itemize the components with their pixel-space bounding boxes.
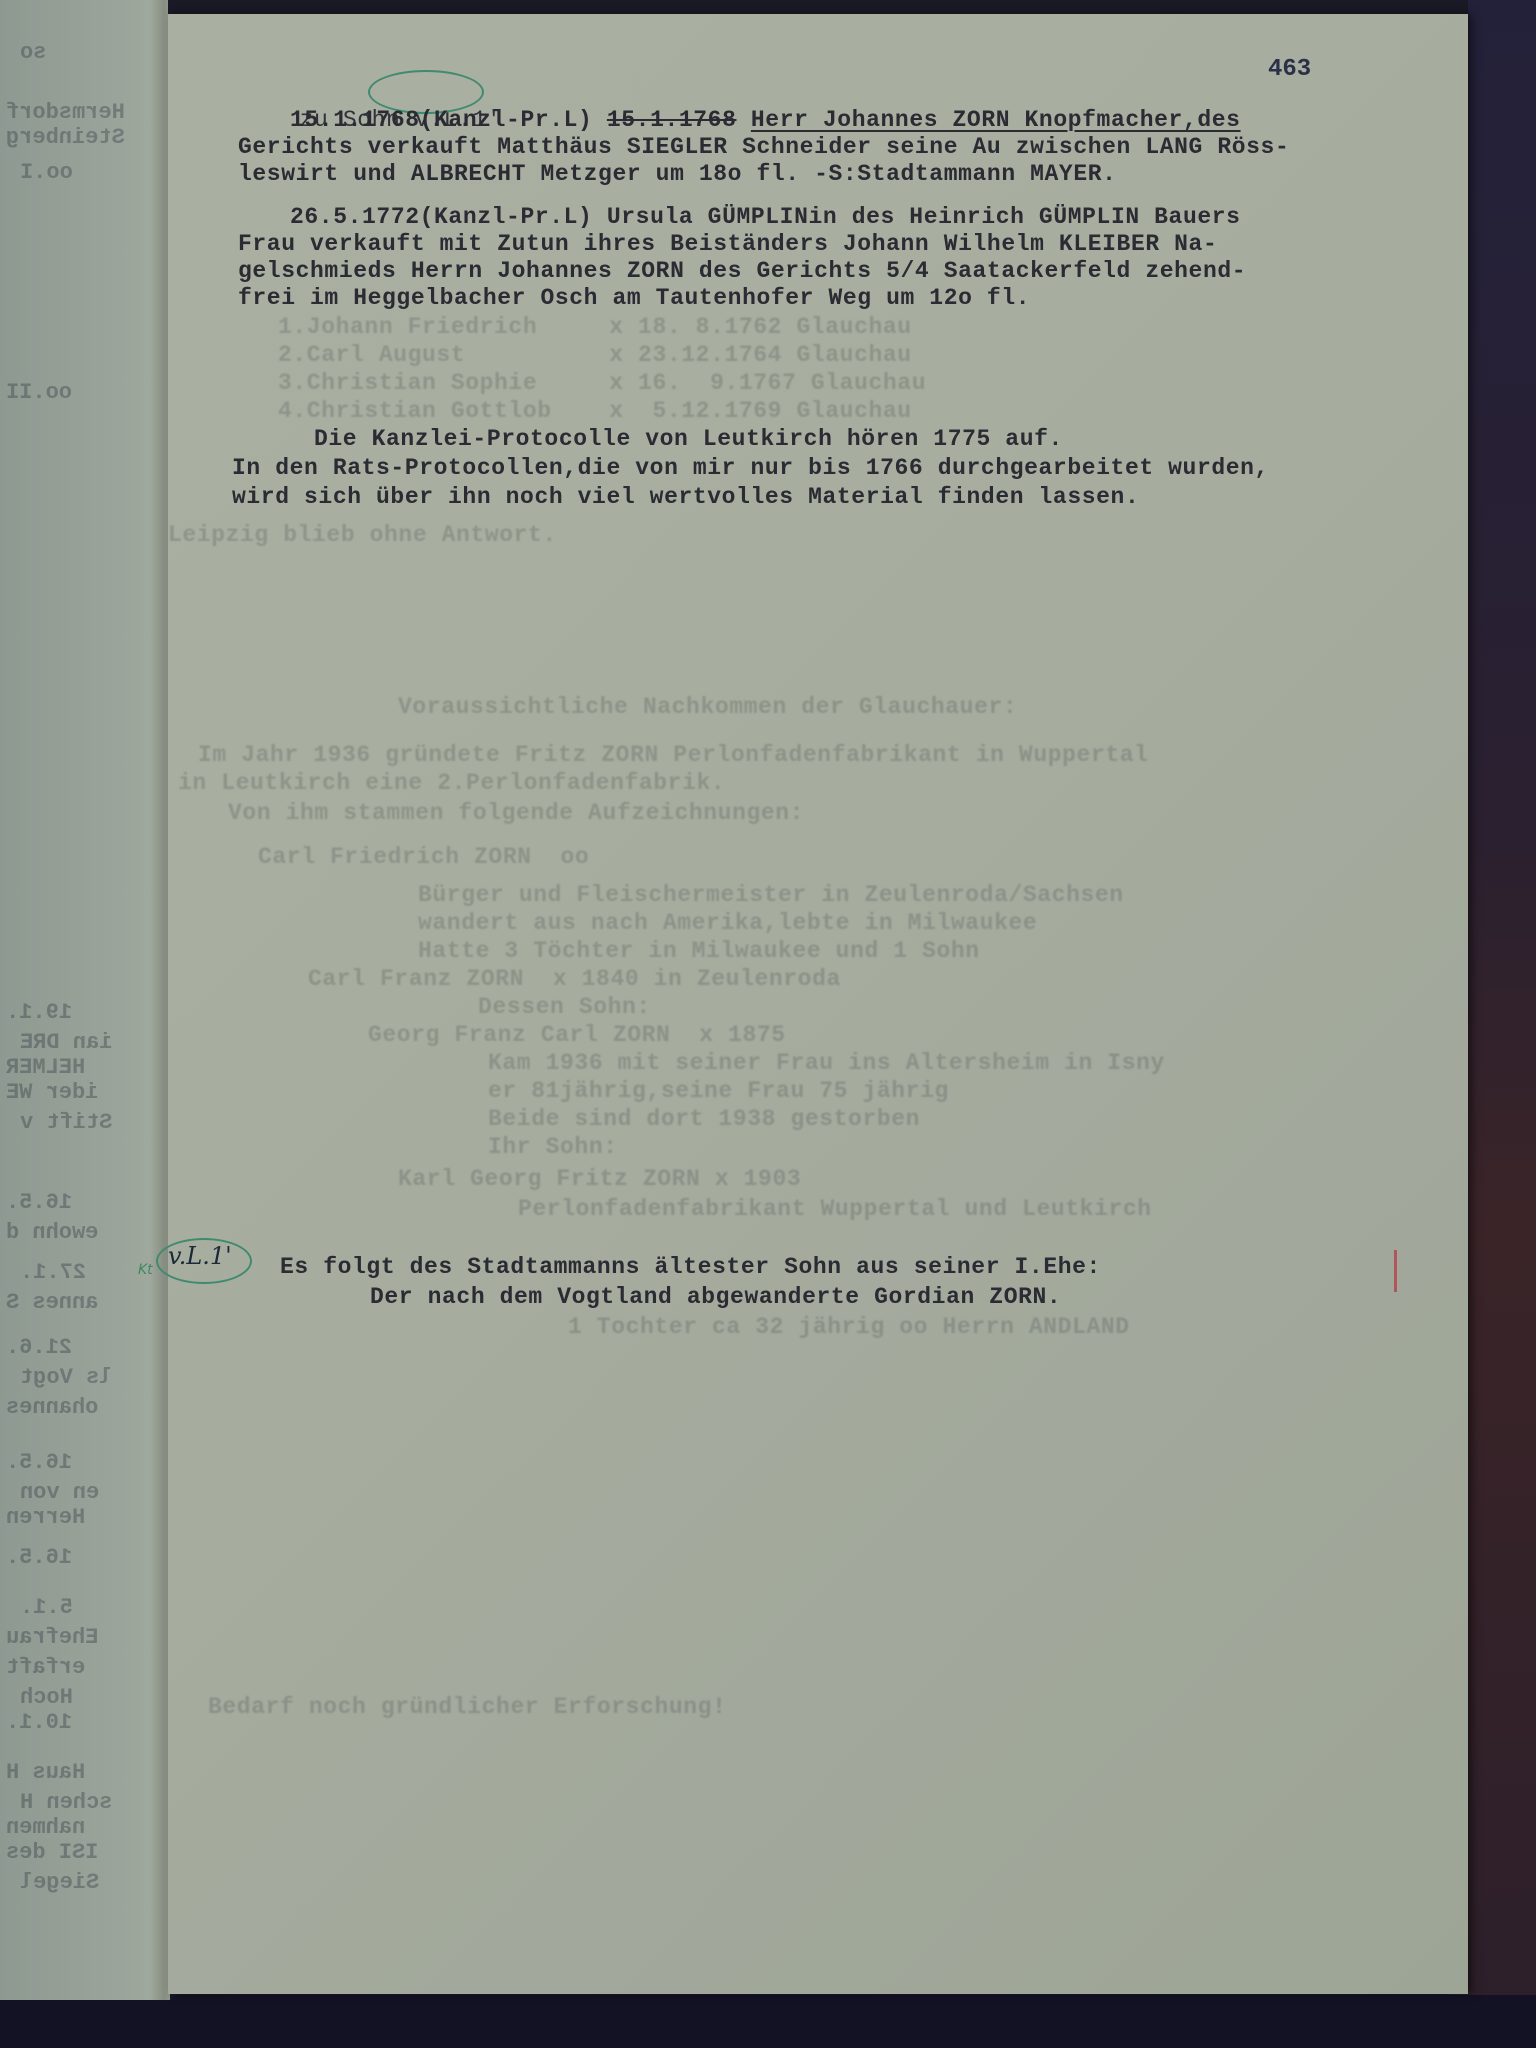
closing-line-1: Es folgt des Stadtammanns ältester Sohn … bbox=[280, 1254, 1101, 1281]
left-page-fragment: 21.6. bbox=[6, 1335, 72, 1360]
bleed-through-line: Bürger und Fleischermeister in Zeulenrod… bbox=[418, 882, 1124, 908]
left-page-fragment: Hermsdorf bbox=[6, 100, 125, 125]
bleed-through-line: Voraussichtliche Nachkommen der Glauchau… bbox=[398, 694, 1017, 720]
struck-out-date: 15.1.1768 bbox=[607, 107, 737, 133]
left-page-fragment: Steinberg bbox=[6, 125, 125, 150]
entry-2-line-1: 26.5.1772(Kanzl-Pr.L) Ursula GÜMPLINin d… bbox=[290, 204, 1241, 231]
handwritten-reference: v.L.1' bbox=[168, 1242, 232, 1270]
bleed-through-line: 4.Christian Gottlob x 5.12.1769 Glauchau bbox=[278, 398, 912, 424]
bleed-through-line: Perlonfadenfabrikant Wuppertal und Leutk… bbox=[518, 1196, 1152, 1222]
left-page-fragment: Hoch bbox=[20, 1685, 73, 1710]
bleed-through-line: Leipzig blieb ohne Antwort. bbox=[168, 522, 557, 548]
bleed-through-line: in Leutkirch eine 2.Perlonfadenfabrik. bbox=[178, 770, 725, 796]
left-page-fragment: Ehefrau bbox=[6, 1625, 98, 1650]
entry-1-line-2: Gerichts verkauft Matthäus SIEGLER Schne… bbox=[238, 134, 1289, 161]
bleed-through-line: Georg Franz Carl ZORN x 1875 bbox=[368, 1022, 786, 1048]
entry-1-line-1: 15.1.1768(Kanzl-Pr.L) 15.1.1768 Herr Joh… bbox=[290, 107, 1241, 134]
left-page-fragment: 16.5. bbox=[6, 1545, 72, 1570]
left-page-fragment: nahmen bbox=[6, 1815, 85, 1840]
left-page-fragment: ian DRE bbox=[20, 1030, 112, 1055]
left-page-fragment: 16.5. bbox=[6, 1450, 72, 1475]
bleed-through-line: Beide sind dort 1938 gestorben bbox=[488, 1106, 920, 1132]
left-page-fragment: Stift v bbox=[20, 1110, 112, 1135]
entry-2-source: (Kanzl-Pr.L) bbox=[420, 204, 593, 230]
left-page-fragment: ewohn d bbox=[6, 1220, 98, 1245]
bleed-through-line: 3.Christian Sophie x 16. 9.1767 Glauchau bbox=[278, 370, 926, 396]
left-facing-page: soHermsdorfSteinbergoo.Ioo.II19.1.ian DR… bbox=[0, 0, 170, 2000]
left-page-fragment: erfaft bbox=[6, 1655, 85, 1680]
left-page-fragment: 16.5. bbox=[6, 1190, 72, 1215]
bleed-through-line: Bedarf noch gründlicher Erforschung! bbox=[208, 1694, 726, 1720]
bleed-through-line: Von ihm stammen folgende Aufzeichnungen: bbox=[228, 800, 804, 826]
left-page-fragment: 27.1. bbox=[20, 1260, 86, 1285]
bleed-through-line: Dessen Sohn: bbox=[478, 994, 651, 1020]
left-page-fragment: annes S bbox=[6, 1290, 98, 1315]
entry-2-line-4: frei im Heggelbacher Osch am Tautenhofer… bbox=[238, 285, 1030, 312]
entry-2-line-3: gelschmieds Herrn Johannes ZORN des Geri… bbox=[238, 258, 1246, 285]
entry-2-date: 26.5.1772 bbox=[290, 204, 420, 230]
red-margin-mark bbox=[1394, 1250, 1397, 1292]
bleed-through-line: wandert aus nach Amerika,lebte in Milwau… bbox=[418, 910, 1037, 936]
left-page-fragment: Haus H bbox=[6, 1760, 85, 1785]
left-page-fragment: ohannes bbox=[6, 1395, 98, 1420]
left-page-fragment: en von bbox=[20, 1480, 99, 1505]
entry-1-source: (Kanzl-Pr.L) bbox=[420, 107, 593, 133]
green-margin-note: Kt bbox=[138, 1262, 153, 1278]
document-page: 1.Johann Friedrich x 18. 8.1762 Glauchau… bbox=[168, 14, 1468, 1994]
entry-2-line-2: Frau verkauft mit Zutun ihres Beiständer… bbox=[238, 231, 1217, 258]
left-page-fragment: 10.1. bbox=[6, 1710, 72, 1735]
desk-background-bottom bbox=[0, 1995, 1536, 2048]
entry-2-text: Ursula GÜMPLINin des Heinrich GÜMPLIN Ba… bbox=[607, 204, 1241, 230]
left-page-fragment: ider WE bbox=[6, 1080, 98, 1105]
left-page-fragment: Herren bbox=[6, 1505, 85, 1530]
paragraph-line-1: Die Kanzlei-Protocolle von Leutkirch hör… bbox=[314, 426, 1063, 453]
bleed-through-line: Ihr Sohn: bbox=[488, 1134, 618, 1160]
left-page-fragment: schen H bbox=[20, 1790, 112, 1815]
entry-1-text: Herr Johannes ZORN Knopfmacher,des bbox=[751, 107, 1241, 133]
paragraph-line-2: In den Rats-Protocollen,die von mir nur … bbox=[232, 455, 1269, 482]
entry-1-line-3: leswirt und ALBRECHT Metzger um 18o fl. … bbox=[238, 161, 1117, 188]
left-page-fragment: Siegel bbox=[20, 1870, 99, 1895]
bleed-through-line: 2.Carl August x 23.12.1764 Glauchau bbox=[278, 342, 912, 368]
bleed-through-line: Im Jahr 1936 gründete Fritz ZORN Perlonf… bbox=[198, 742, 1149, 768]
entry-1-date: 15.1.1768 bbox=[290, 107, 420, 133]
left-page-fragment: oo.II bbox=[6, 380, 72, 405]
left-page-fragment: 5.1. bbox=[20, 1595, 73, 1620]
left-page-fragment: so bbox=[20, 40, 46, 65]
bleed-through-line: 1 Tochter ca 32 jährig oo Herrn ANDLAND bbox=[568, 1314, 1130, 1340]
left-page-fragment: ls Vogt bbox=[20, 1365, 112, 1390]
page-number: 463 bbox=[1268, 56, 1311, 83]
left-page-fragment: ISI des bbox=[6, 1840, 98, 1865]
bleed-through-line: Carl Friedrich ZORN oo bbox=[258, 844, 589, 870]
left-page-fragment: oo.I bbox=[20, 160, 73, 185]
bleed-through-line: 1.Johann Friedrich x 18. 8.1762 Glauchau bbox=[278, 314, 912, 340]
bleed-through-line: Kam 1936 mit seiner Frau ins Altersheim … bbox=[488, 1050, 1165, 1076]
closing-line-2: Der nach dem Vogtland abgewanderte Gordi… bbox=[370, 1284, 1061, 1311]
bleed-through-line: Karl Georg Fritz ZORN x 1903 bbox=[398, 1166, 801, 1192]
bleed-through-line: Hatte 3 Töchter in Milwaukee und 1 Sohn bbox=[418, 938, 980, 964]
bleed-through-line: Carl Franz ZORN x 1840 in Zeulenroda bbox=[308, 966, 841, 992]
bleed-through-line: er 81jährig,seine Frau 75 jährig bbox=[488, 1078, 949, 1104]
left-page-fragment: 19.1. bbox=[6, 1000, 72, 1025]
paragraph-line-3: wird sich über ihn noch viel wertvolles … bbox=[232, 484, 1139, 511]
left-page-fragment: HELMER bbox=[6, 1055, 85, 1080]
